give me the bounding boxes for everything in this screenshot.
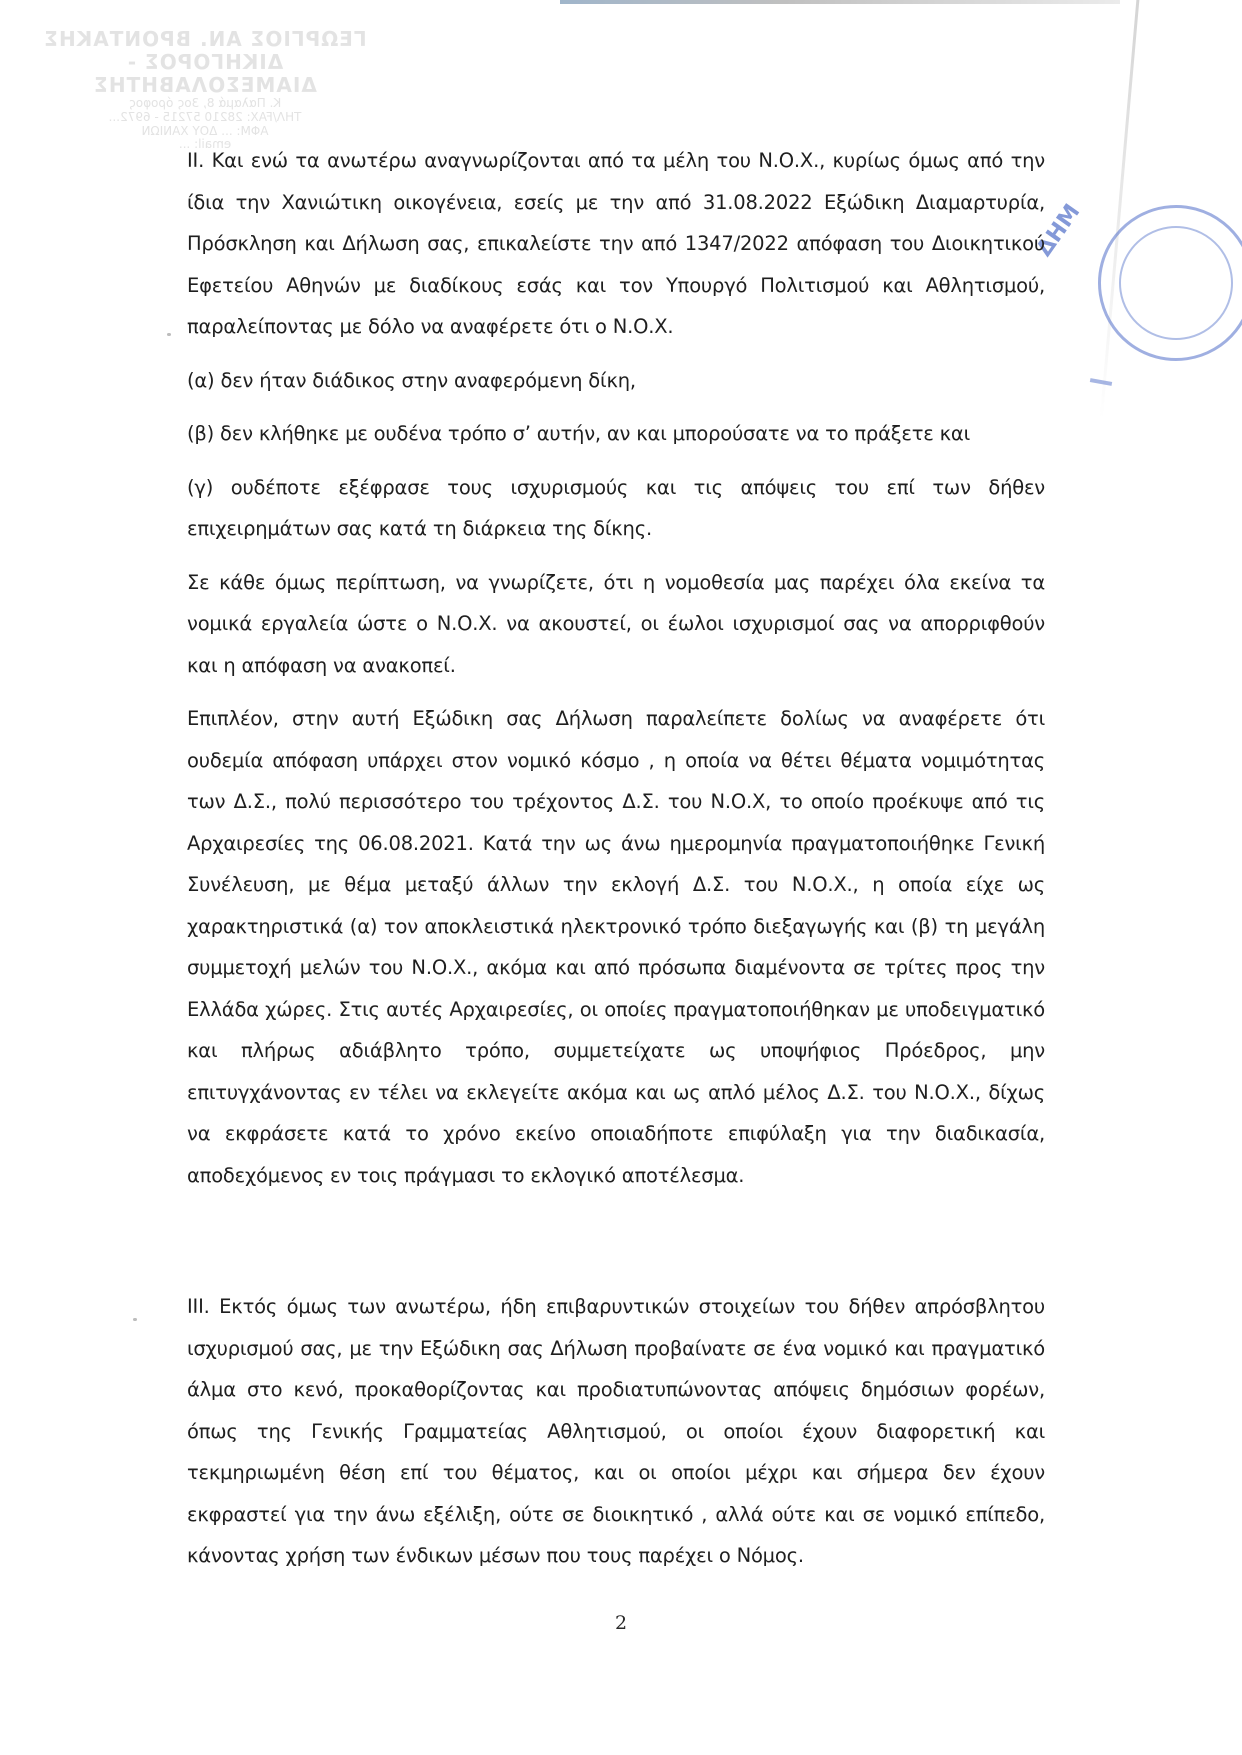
paragraph-elections: Επιπλέον, στην αυτή Εξώδικη σας Δήλωση π… [187,698,1045,1196]
official-stamp-icon [1069,176,1242,389]
letterhead-bleedthrough: ΓΕΩΡΓΙΟΣ ΑΝ. ΒΡΟΝΤΑΚΗΣ ΔΙΚΗΓΟΡΟΣ - ΔΙΑΜΕ… [40,28,370,152]
scan-speck [167,333,171,336]
section-2-intro: ΙΙ. Και ενώ τα ανωτέρω αναγνωρίζονται απ… [187,140,1045,348]
scan-speck [133,1318,137,1321]
letterhead-address: Κ. Παλαμά 8, 3ος όροφος [40,97,370,111]
scan-edge-top [560,0,1120,4]
letterhead-name-line1: ΓΕΩΡΓΙΟΣ ΑΝ. ΒΡΟΝΤΑΚΗΣ [40,28,370,51]
stamp-mark [1090,378,1112,386]
letterhead-phone: ΤΗΛ/FAX: 28210 57215 - 6972... [40,111,370,125]
paragraph-legislation: Σε κάθε όμως περίπτωση, να γνωρίζετε, ότ… [187,562,1045,687]
letterhead-name-line2: ΔΙΚΗΓΟΡΟΣ - ΔΙΑΜΕΣΟΛΑΒΗΤΗΣ [40,51,370,97]
scan-edge-right [1100,0,1140,420]
page-number: 2 [0,1612,1242,1634]
list-item-c: (γ) ουδέποτε εξέφρασε τους ισχυρισμούς κ… [187,467,1045,550]
document-body: ΙΙ. Και ενώ τα ανωτέρω αναγνωρίζονται απ… [187,140,1045,1577]
letterhead-tax-id: ΑΦΜ: ... ΔΟΥ ΧΑΝΙΩΝ [40,125,370,139]
section-3-text: ΙΙΙ. Εκτός όμως των ανωτέρω, ήδη επιβαρυ… [187,1286,1045,1577]
list-item-a: (α) δεν ήταν διάδικος στην αναφερόμενη δ… [187,360,1045,402]
list-item-b: (β) δεν κλήθηκε με ουδένα τρόπο σ’ αυτήν… [187,413,1045,455]
